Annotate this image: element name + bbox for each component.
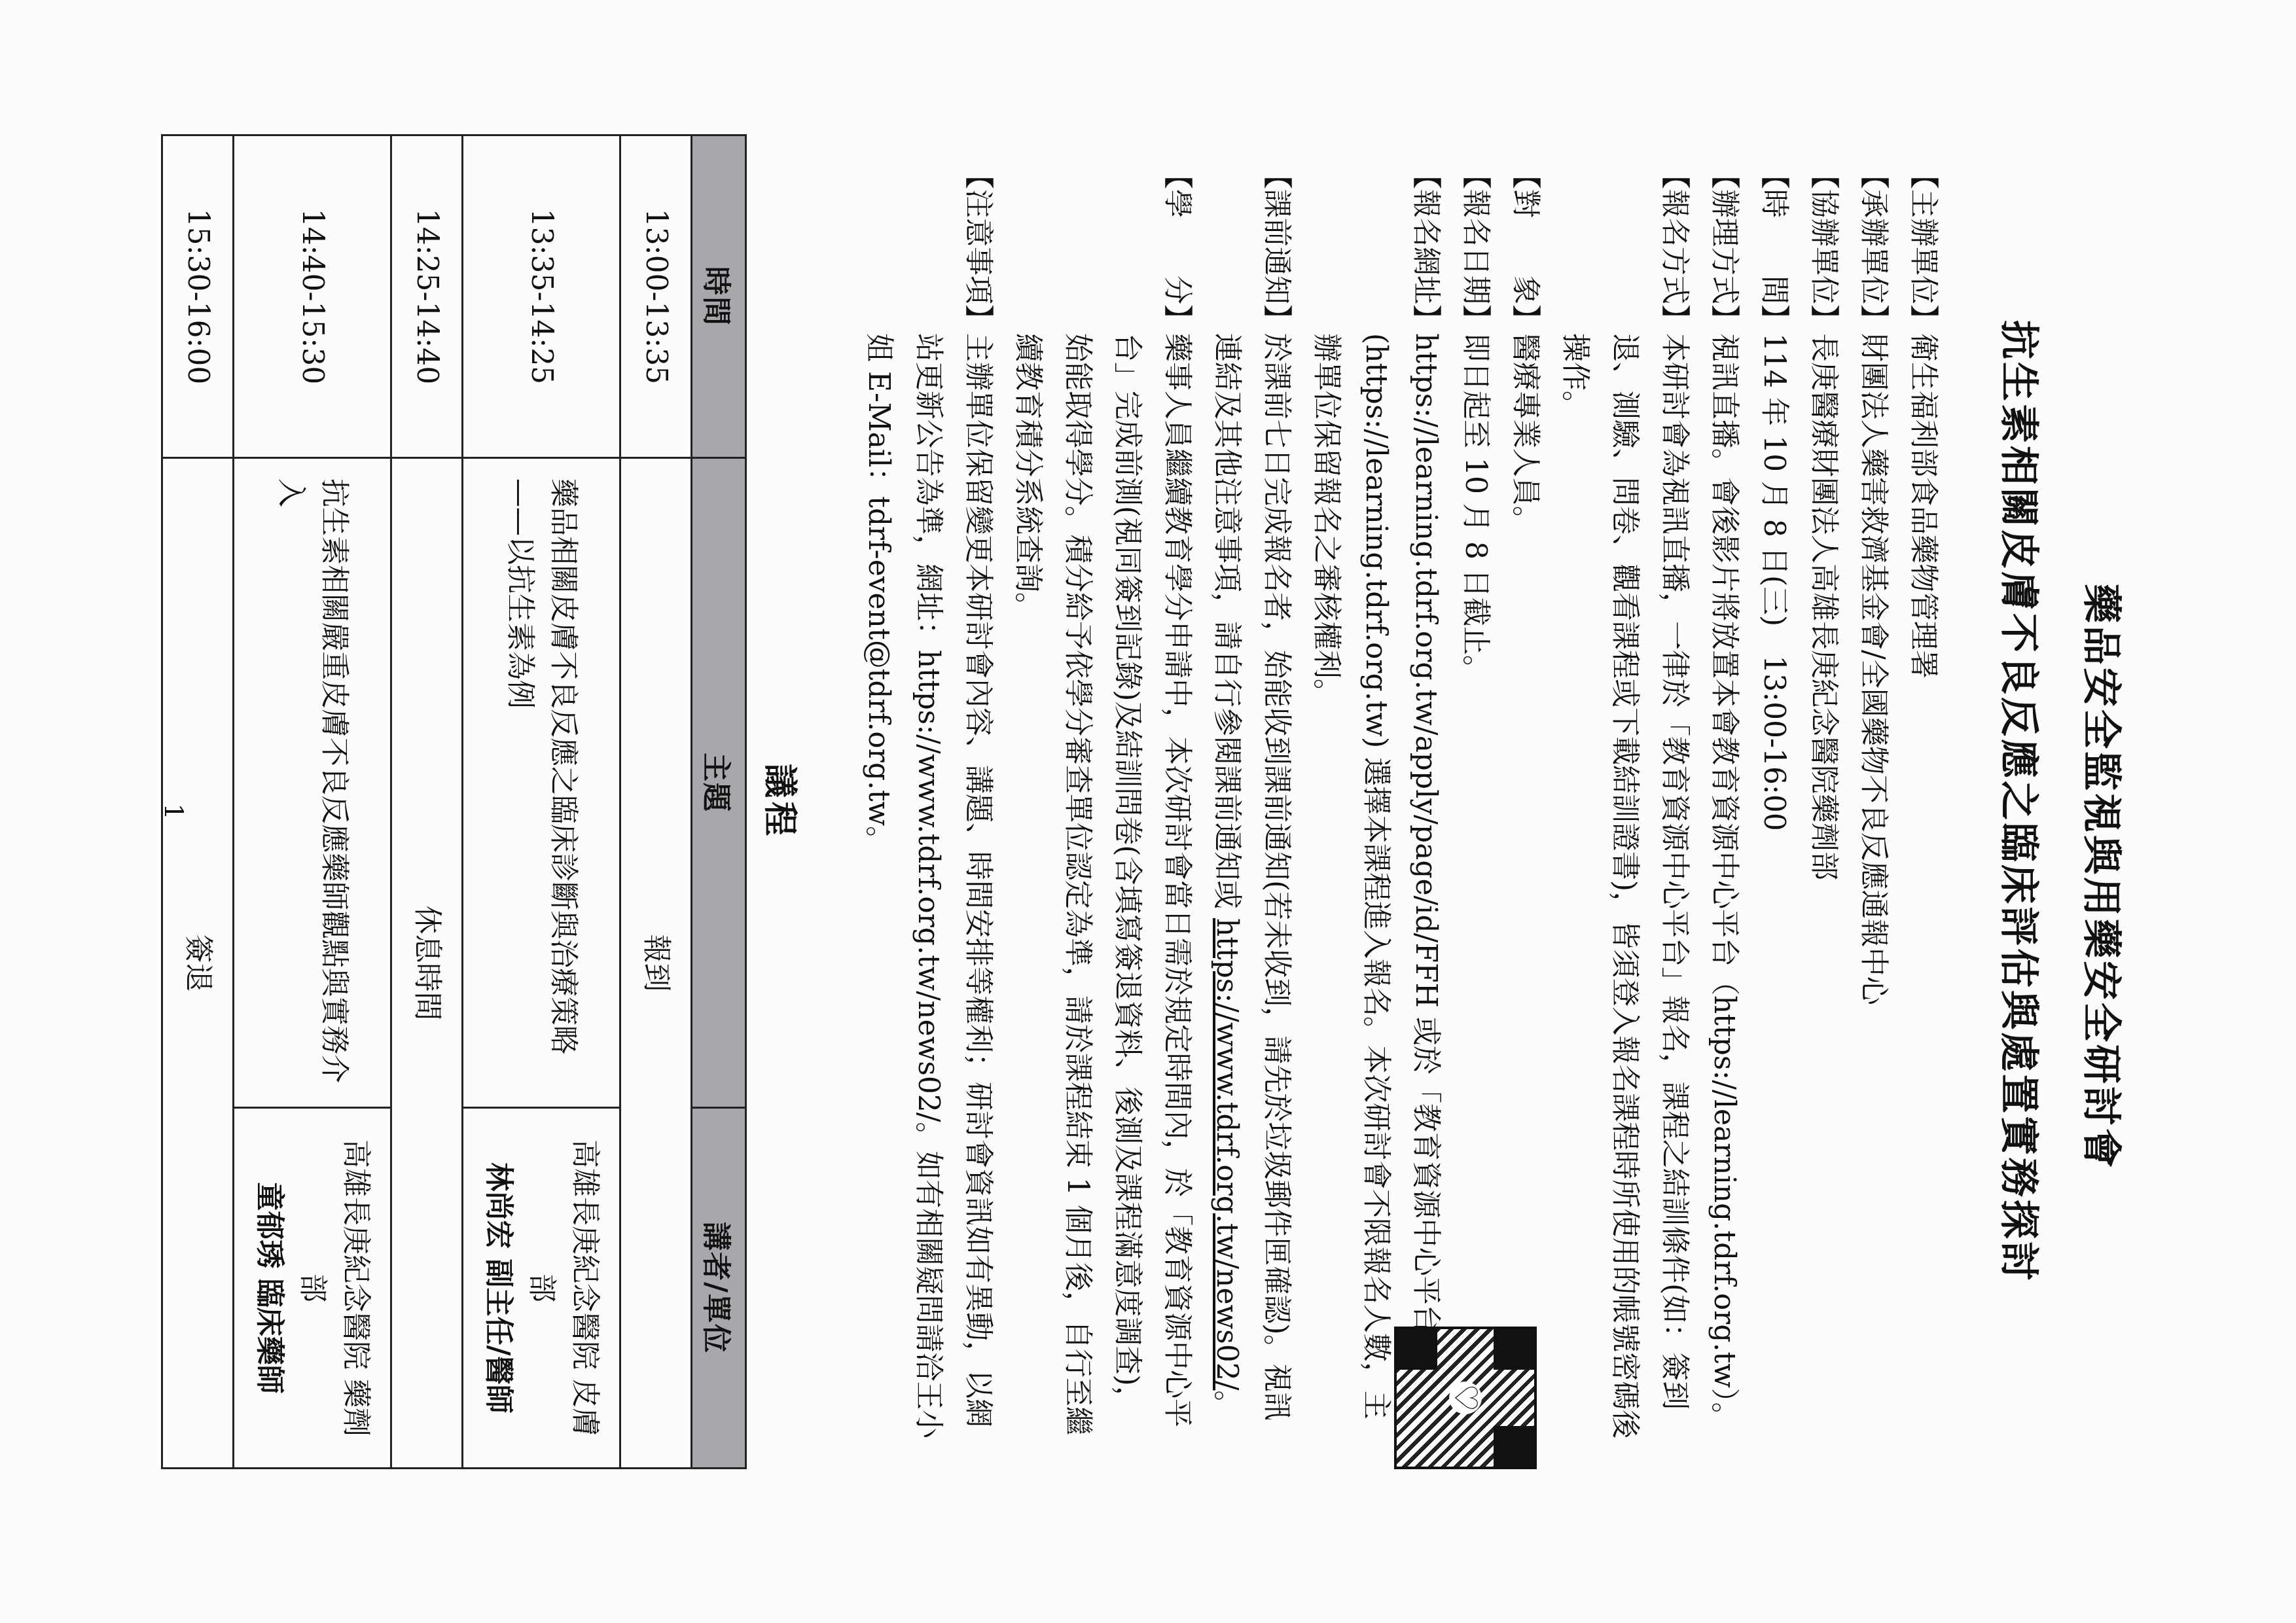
field-value: 於課前七日完成報名者，始能收到課前通知(若未收到，請先於垃圾郵件匣確認)。視訊連… bbox=[1202, 333, 1301, 1443]
field-value: 即日起至 10 月 8 日截止。 bbox=[1450, 333, 1500, 1443]
field-value: 財團法人藥害救濟基金會/全國藥物不良反應通報中心 bbox=[1848, 333, 1898, 1443]
field-label: 【主辦單位】 bbox=[1898, 160, 1948, 333]
schedule-table: 時間 主題 講者/單位 13:00-13:35報到13:35-14:25藥品相關… bbox=[161, 134, 747, 1469]
schedule-time: 13:00-13:35 bbox=[620, 135, 692, 458]
info-field: 【報名方式】本研討會為視訊直播，一律於「教育資源中心平台」報名，課程之結訓條件(… bbox=[1550, 160, 1699, 1443]
schedule-row: 14:40-15:30抗生素相關嚴重皮膚不良反應藥師觀點與實務介入高雄長庚紀念醫… bbox=[234, 135, 391, 1469]
field-label: 【報名網址】 bbox=[1301, 160, 1450, 333]
field-value: 衛生福利部食品藥物管理署 bbox=[1898, 333, 1948, 1443]
speaker-name: 童郁琇 臨床藥師 bbox=[247, 1128, 291, 1448]
document-page: 藥品安全監視與用藥安全研討會 抗生素相關皮膚不良反應之臨床評估與處置實務探討 【… bbox=[0, 0, 2296, 1623]
info-field: 【辦理方式】視訊直播。會後影片將放置本會教育資源中心平台（https://lea… bbox=[1699, 160, 1749, 1443]
column-header-time: 時間 bbox=[692, 135, 746, 458]
speaker-name: 林尚宏 副主任/醫師 bbox=[476, 1128, 520, 1448]
column-header-speaker: 講者/單位 bbox=[692, 1108, 746, 1469]
info-field: 【注意事項】主辦單位保留變更本研討會內容、講題、時間安排等權利；研討會資訊如有異… bbox=[853, 160, 1003, 1443]
schedule-header-row: 時間 主題 講者/單位 bbox=[692, 135, 746, 1469]
column-header-topic: 主題 bbox=[692, 458, 746, 1108]
document-content: 藥品安全監視與用藥安全研討會 抗生素相關皮膚不良反應之臨床評估與處置實務探討 【… bbox=[161, 160, 2132, 1443]
field-label: 【報名日期】 bbox=[1450, 160, 1500, 333]
document-title: 藥品安全監視與用藥安全研討會 bbox=[2076, 311, 2132, 1443]
schedule-time: 13:35-14:25 bbox=[463, 135, 620, 458]
speaker-organization: 高雄長庚紀念醫院 皮膚部 bbox=[520, 1128, 606, 1448]
field-label: 【辦理方式】 bbox=[1699, 160, 1749, 333]
field-value: 視訊直播。會後影片將放置本會教育資源中心平台（https://learning.… bbox=[1699, 333, 1749, 1443]
field-label: 【學 分】 bbox=[1003, 160, 1202, 333]
info-fields: 【主辦單位】衛生福利部食品藥物管理署【承辦單位】財團法人藥害救濟基金會/全國藥物… bbox=[853, 160, 1948, 1443]
field-value: 醫療專業人員。 bbox=[1500, 333, 1550, 1443]
schedule-topic: 抗生素相關嚴重皮膚不良反應藥師觀點與實務介入 bbox=[234, 458, 391, 1108]
info-field: 【承辦單位】財團法人藥害救濟基金會/全國藥物不良反應通報中心 bbox=[1848, 160, 1898, 1443]
info-field: 【報名網址】https://learning.tdrf.org.tw/apply… bbox=[1301, 160, 1450, 1443]
field-value: 長庚醫療財團法人高雄長庚紀念醫院藥劑部 bbox=[1799, 333, 1848, 1443]
schedule-time: 14:25-14:40 bbox=[391, 135, 463, 458]
schedule-topic: 藥品相關皮膚不良反應之臨床診斷與治療策略——以抗生素為例 bbox=[463, 458, 620, 1108]
document-subtitle: 抗生素相關皮膚不良反應之臨床評估與處置實務探討 bbox=[1994, 160, 2050, 1443]
qr-code-icon: ♡ bbox=[1394, 1327, 1537, 1469]
schedule-row: 13:35-14:25藥品相關皮膚不良反應之臨床診斷與治療策略——以抗生素為例高… bbox=[463, 135, 620, 1469]
info-field: 【主辦單位】衛生福利部食品藥物管理署 bbox=[1898, 160, 1948, 1443]
schedule-heading: 議程 bbox=[759, 160, 808, 1443]
info-field: 【對 象】醫療專業人員。 bbox=[1500, 160, 1550, 1443]
info-field: 【學 分】藥事人員繼續教育學分申請中，本次研討會當日需於規定時間內，於「教育資源… bbox=[1003, 160, 1202, 1443]
info-field: 【時 間】114 年 10 月 8 日(三) 13:00-16:00 bbox=[1749, 160, 1799, 1443]
page-number: 1 bbox=[158, 0, 188, 1623]
heart-logo-icon: ♡ bbox=[1449, 1382, 1482, 1414]
schedule-topic: 休息時間 bbox=[391, 458, 463, 1469]
schedule-topic: 報到 bbox=[620, 458, 692, 1469]
field-label: 【時 間】 bbox=[1749, 160, 1799, 333]
info-field: 【報名日期】即日起至 10 月 8 日截止。 bbox=[1450, 160, 1500, 1443]
schedule-speaker: 高雄長庚紀念醫院 藥劑部童郁琇 臨床藥師 bbox=[234, 1108, 391, 1469]
news-link[interactable]: https://www.tdrf.org.tw/news02/ bbox=[1210, 918, 1244, 1391]
field-label: 【課前通知】 bbox=[1202, 160, 1301, 333]
field-value: 本研討會為視訊直播，一律於「教育資源中心平台」報名，課程之結訓條件(如：簽到退、… bbox=[1550, 333, 1699, 1443]
speaker-organization: 高雄長庚紀念醫院 藥劑部 bbox=[291, 1128, 377, 1448]
field-label: 【注意事項】 bbox=[853, 160, 1003, 333]
schedule-row: 14:25-14:40休息時間 bbox=[391, 135, 463, 1469]
field-label: 【對 象】 bbox=[1500, 160, 1550, 333]
field-label: 【報名方式】 bbox=[1550, 160, 1699, 333]
field-value: 主辦單位保留變更本研討會內容、講題、時間安排等權利；研討會資訊如有異動，以網站更… bbox=[853, 333, 1003, 1443]
field-label: 【協辦單位】 bbox=[1799, 160, 1848, 333]
schedule-row: 13:00-13:35報到 bbox=[620, 135, 692, 1469]
field-value-text: 。 bbox=[1210, 1391, 1244, 1419]
field-label: 【承辦單位】 bbox=[1848, 160, 1898, 333]
field-value: https://learning.tdrf.org.tw/apply/page/… bbox=[1301, 333, 1450, 1443]
info-field: 【課前通知】於課前七日完成報名者，始能收到課前通知(若未收到，請先於垃圾郵件匣確… bbox=[1202, 160, 1301, 1443]
info-field: 【協辦單位】長庚醫療財團法人高雄長庚紀念醫院藥劑部 bbox=[1799, 160, 1848, 1443]
field-value: 114 年 10 月 8 日(三) 13:00-16:00 bbox=[1749, 333, 1799, 1443]
field-value: 藥事人員繼續教育學分申請中，本次研討會當日需於規定時間內，於「教育資源中心平台」… bbox=[1003, 333, 1202, 1443]
schedule-speaker: 高雄長庚紀念醫院 皮膚部林尚宏 副主任/醫師 bbox=[463, 1108, 620, 1469]
schedule-time: 14:40-15:30 bbox=[234, 135, 391, 458]
